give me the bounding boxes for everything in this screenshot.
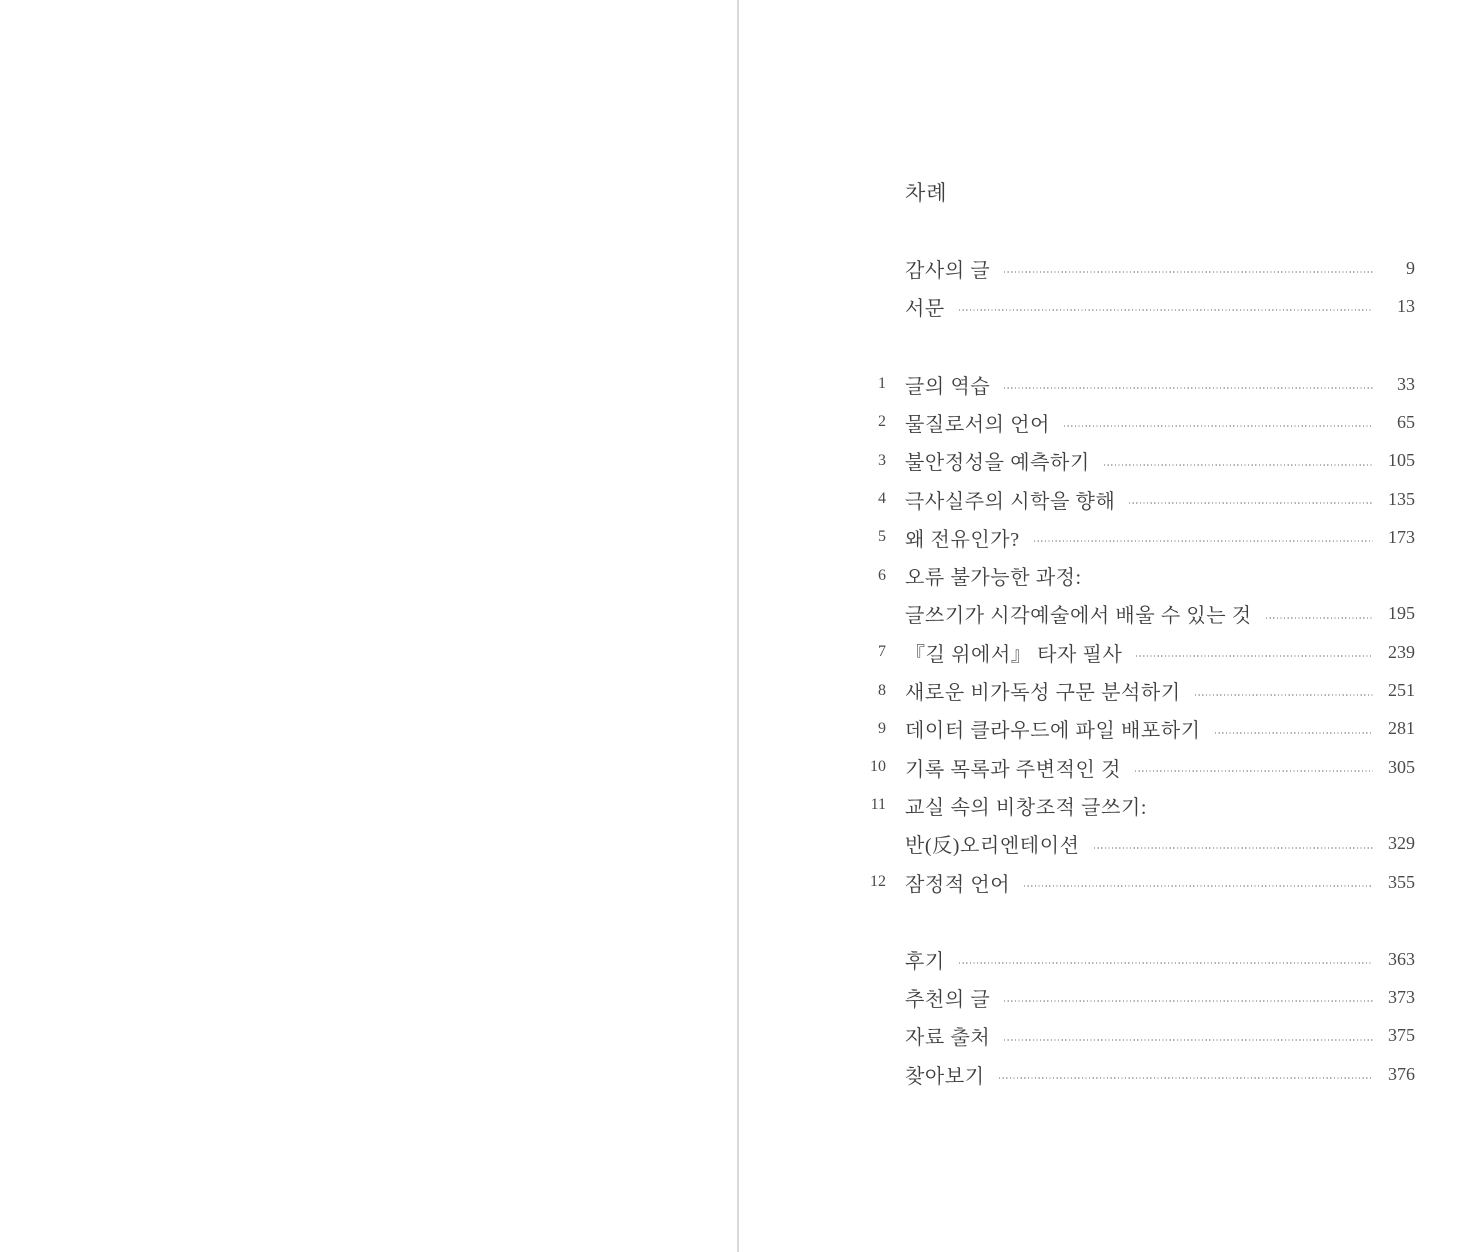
dot-leader xyxy=(1129,502,1373,504)
dot-leader xyxy=(1135,770,1373,772)
toc-row: 6오류 불가능한 과정: xyxy=(866,556,1415,594)
toc-title: 차례 xyxy=(905,177,948,207)
toc-row: 10기록 목록과 주변적인 것305 xyxy=(866,748,1415,786)
page-number: 363 xyxy=(1383,949,1415,970)
dot-leader xyxy=(1024,885,1373,887)
chapter-number: 6 xyxy=(866,567,886,585)
chapter-number: 4 xyxy=(866,490,886,508)
chapter-number: 11 xyxy=(866,796,886,814)
dot-leader xyxy=(959,962,1373,964)
toc-row: 글쓰기가 시각예술에서 배울 수 있는 것195 xyxy=(866,595,1415,633)
page-number: 281 xyxy=(1383,718,1415,739)
page-number: 9 xyxy=(1383,258,1415,279)
entry-label: 잠정적 언어 xyxy=(905,868,1010,897)
chapter-number: 8 xyxy=(866,682,886,700)
page-number: 105 xyxy=(1383,450,1415,471)
entry-label: 데이터 클라우드에 파일 배포하기 xyxy=(905,714,1201,743)
chapter-number: 12 xyxy=(866,873,886,891)
toc-row: 후기363 xyxy=(866,940,1415,978)
toc-row: 12잠정적 언어355 xyxy=(866,863,1415,901)
page-number: 65 xyxy=(1383,412,1415,433)
toc-row: 3불안정성을 예측하기105 xyxy=(866,442,1415,480)
entry-label: 글쓰기가 시각예술에서 배울 수 있는 것 xyxy=(905,599,1252,628)
chapter-number: 9 xyxy=(866,720,886,738)
entry-label: 물질로서의 언어 xyxy=(905,408,1050,437)
page-number: 376 xyxy=(1383,1064,1415,1085)
chapter-list: 1글의 역습332물질로서의 언어653불안정성을 예측하기1054극사실주의 … xyxy=(866,365,1415,901)
page-number: 251 xyxy=(1383,680,1415,701)
toc-row: 11교실 속의 비창조적 글쓰기: xyxy=(866,786,1415,824)
page-number: 13 xyxy=(1383,296,1415,317)
page-number: 135 xyxy=(1383,489,1415,510)
toc-row: 감사의 글9 xyxy=(866,249,1415,287)
entry-label: 찾아보기 xyxy=(905,1060,985,1089)
back-matter-list: 후기363추천의 글373자료 출처375찾아보기376 xyxy=(866,940,1415,1093)
entry-label: 오류 불가능한 과정: xyxy=(905,561,1082,590)
toc-row: 2물질로서의 언어65 xyxy=(866,403,1415,441)
dot-leader xyxy=(1266,617,1373,619)
page-number: 305 xyxy=(1383,757,1415,778)
chapter-number: 7 xyxy=(866,643,886,661)
toc-row: 반(反)오리엔테이션329 xyxy=(866,825,1415,863)
entry-label: 극사실주의 시학을 향해 xyxy=(905,485,1115,514)
dot-leader xyxy=(1004,1000,1373,1002)
page-number: 355 xyxy=(1383,872,1415,893)
dot-leader xyxy=(1094,847,1373,849)
toc-row: 추천의 글373 xyxy=(866,978,1415,1016)
front-matter-list: 감사의 글9서문13 xyxy=(866,249,1415,326)
chapter-number: 2 xyxy=(866,413,886,431)
entry-label: 새로운 비가독성 구문 분석하기 xyxy=(905,676,1181,705)
page-number: 33 xyxy=(1383,374,1415,395)
page-number: 373 xyxy=(1383,987,1415,1008)
toc-row: 자료 출처375 xyxy=(866,1017,1415,1055)
entry-label: 자료 출처 xyxy=(905,1021,990,1050)
book-spread: 차례 감사의 글9서문13 1글의 역습332물질로서의 언어653불안정성을 … xyxy=(0,0,1478,1252)
entry-label: 반(反)오리엔테이션 xyxy=(905,829,1080,858)
dot-leader xyxy=(1136,655,1373,657)
entry-label: 감사의 글 xyxy=(905,254,990,283)
toc-row: 4극사실주의 시학을 향해135 xyxy=(866,480,1415,518)
entry-label: 『길 위에서』 타자 필사 xyxy=(905,638,1122,667)
toc-row: 1글의 역습33 xyxy=(866,365,1415,403)
dot-leader xyxy=(1104,464,1373,466)
dot-leader xyxy=(1215,732,1373,734)
toc-row: 8새로운 비가독성 구문 분석하기251 xyxy=(866,671,1415,709)
toc-row: 찾아보기376 xyxy=(866,1055,1415,1093)
page-number: 173 xyxy=(1383,527,1415,548)
entry-label: 서문 xyxy=(905,292,945,321)
dot-leader xyxy=(1195,694,1373,696)
dot-leader xyxy=(1004,1039,1373,1041)
page-number: 195 xyxy=(1383,603,1415,624)
toc-row: 5왜 전유인가?173 xyxy=(866,518,1415,556)
entry-label: 추천의 글 xyxy=(905,983,990,1012)
left-page-blank xyxy=(0,0,737,1252)
entry-label: 후기 xyxy=(905,945,945,974)
entry-label: 불안정성을 예측하기 xyxy=(905,446,1090,475)
page-number: 375 xyxy=(1383,1025,1415,1046)
dot-leader xyxy=(1004,271,1373,273)
toc-row: 9데이터 클라우드에 파일 배포하기281 xyxy=(866,710,1415,748)
dot-leader xyxy=(999,1077,1373,1079)
entry-label: 교실 속의 비창조적 글쓰기: xyxy=(905,791,1147,820)
dot-leader xyxy=(1034,540,1373,542)
chapter-number: 3 xyxy=(866,452,886,470)
page-number: 239 xyxy=(1383,642,1415,663)
chapter-number: 1 xyxy=(866,375,886,393)
toc-row: 서문13 xyxy=(866,287,1415,325)
entry-label: 왜 전유인가? xyxy=(905,523,1020,552)
page-number: 329 xyxy=(1383,833,1415,854)
chapter-number: 10 xyxy=(866,758,886,776)
dot-leader xyxy=(1064,425,1373,427)
dot-leader xyxy=(959,309,1373,311)
dot-leader xyxy=(1004,387,1373,389)
toc-row: 7『길 위에서』 타자 필사239 xyxy=(866,633,1415,671)
chapter-number: 5 xyxy=(866,528,886,546)
entry-label: 글의 역습 xyxy=(905,370,990,399)
entry-label: 기록 목록과 주변적인 것 xyxy=(905,753,1121,782)
